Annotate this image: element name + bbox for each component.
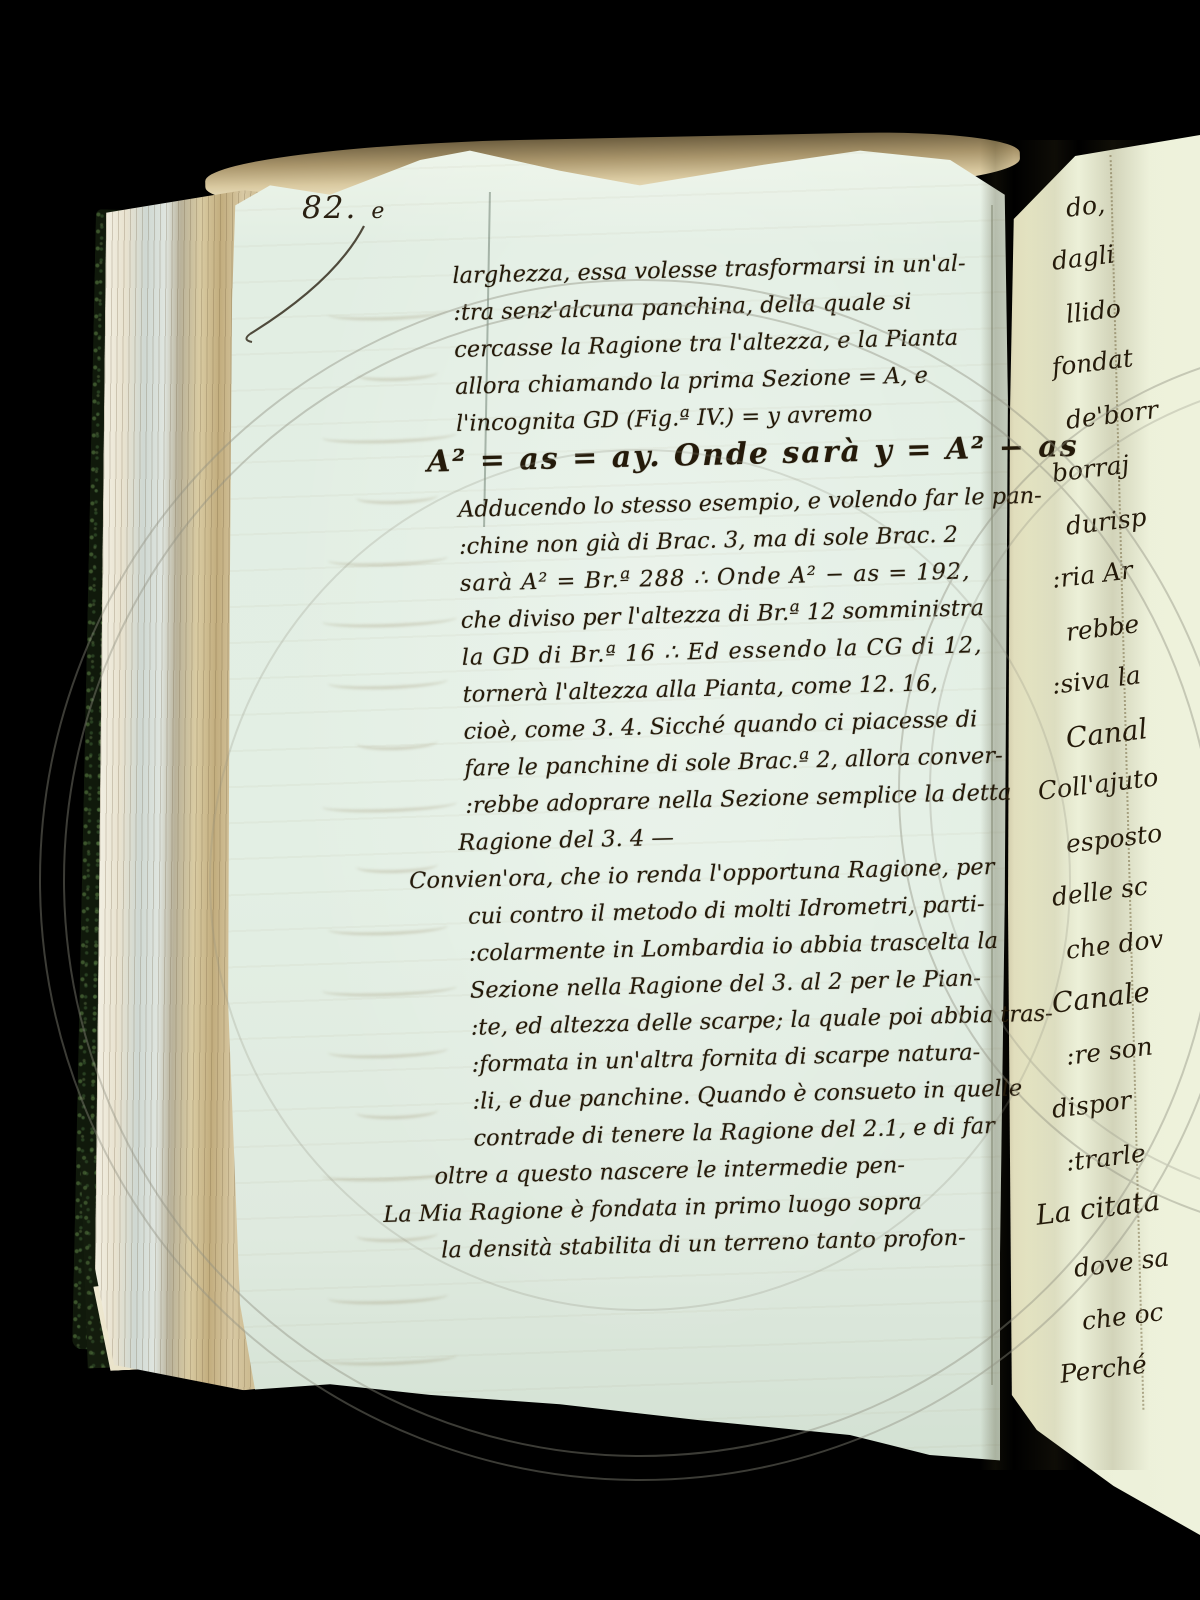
- photograph-black-background: 82.e larghezza, essa volesse trasformars…: [0, 0, 1200, 1600]
- page-number-block: 82.e: [302, 190, 384, 226]
- pen-flourish: [236, 210, 376, 350]
- right-page-text-fragments: do,daglillidofondatde'borrborrajdurisp:r…: [1052, 182, 1200, 1401]
- manuscript-text-block: larghezza, essa volesse trasformarsi in …: [452, 244, 1057, 1269]
